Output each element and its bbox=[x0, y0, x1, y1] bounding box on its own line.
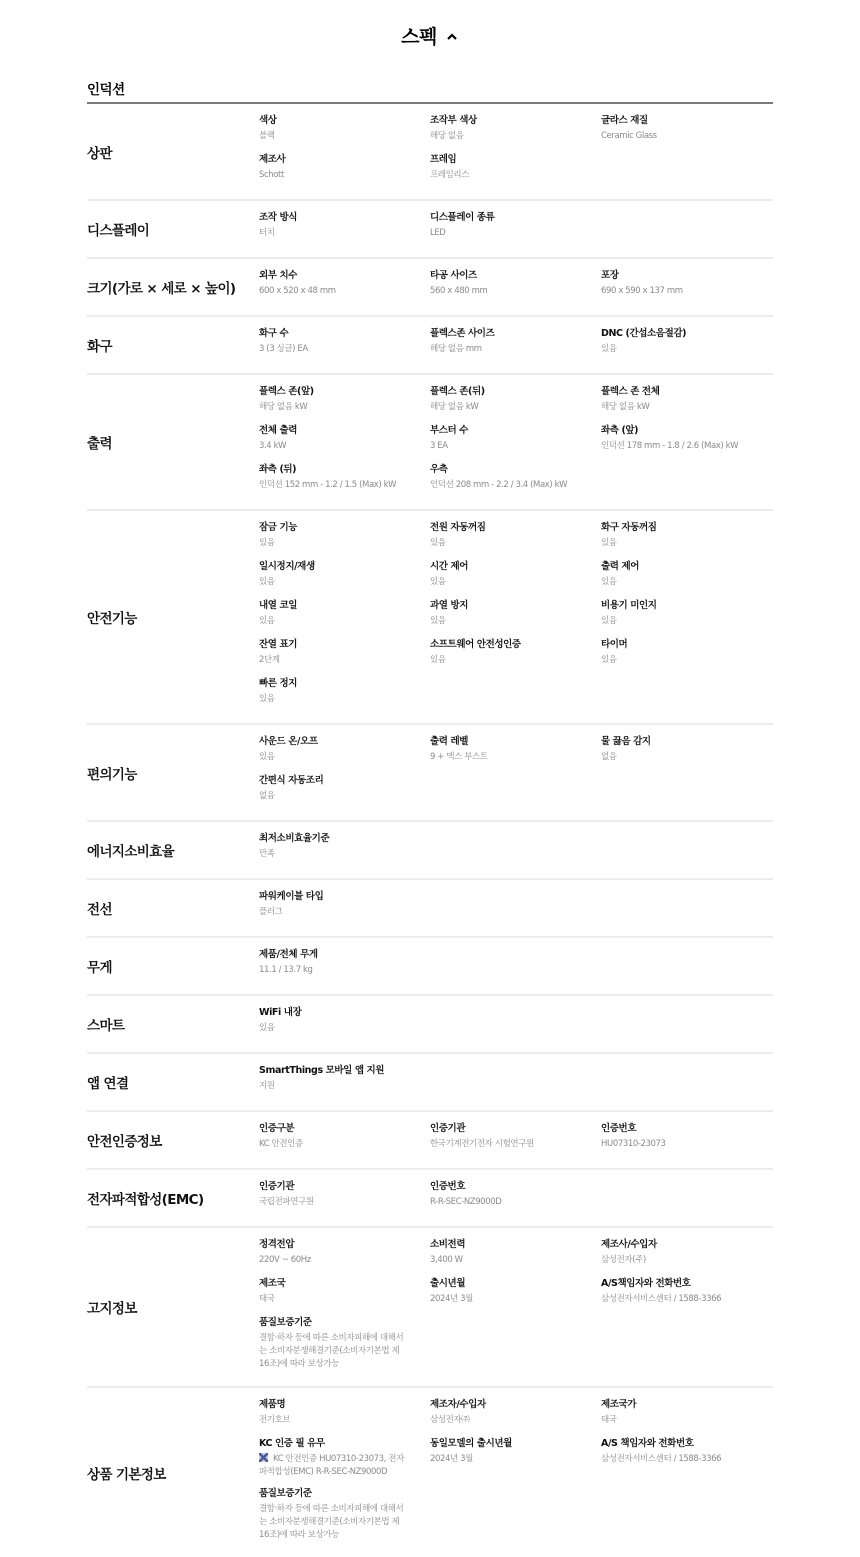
spec-category: 상품 기본정보 bbox=[87, 1388, 259, 1557]
spec-item: 타이머있음 bbox=[601, 638, 773, 677]
spec-label: 플렉스존 사이즈 bbox=[430, 327, 601, 343]
section-title: 인덕션 bbox=[87, 78, 773, 102]
spec-label: 전원 자동꺼짐 bbox=[430, 521, 601, 537]
spec-label: 전체 출력 bbox=[259, 424, 430, 440]
spec-value: KC 안전인증 bbox=[259, 1138, 430, 1151]
spec-label: 빠른 정지 bbox=[259, 677, 430, 693]
spec-item: 출시년월2024년 3월 bbox=[430, 1277, 601, 1316]
spec-row: 전자파적합성(EMC)인증기관국립전파연구원인증번호R-R-SEC-NZ9000… bbox=[87, 1170, 773, 1228]
spec-items: 사운드 온/오프있음출력 레벨9 + 맥스 부스트물 끓음 감지없음간편식 자동… bbox=[259, 725, 773, 820]
spec-value: 없음 bbox=[259, 790, 430, 803]
spec-item: 전원 자동꺼짐있음 bbox=[430, 521, 601, 560]
spec-value: 있음 bbox=[601, 615, 773, 628]
spec-items: 외부 치수600 x 520 x 48 mm타공 사이즈560 x 480 mm… bbox=[259, 259, 773, 315]
spec-value: 있음 bbox=[601, 343, 773, 356]
spec-item: 부스터 수3 EA bbox=[430, 424, 601, 463]
spec-row: 디스플레이조작 방식터치디스플레이 종류LED bbox=[87, 201, 773, 259]
spec-label: 제품명 bbox=[259, 1398, 430, 1414]
spec-value: HU07310-23073 bbox=[601, 1138, 773, 1151]
spec-label: 디스플레이 종류 bbox=[430, 211, 601, 227]
spec-item: 플렉스존 사이즈해당 없음 mm bbox=[430, 327, 601, 366]
spec-label: 제조사 bbox=[259, 153, 430, 169]
spec-item: 품질보증기준결함·하자 등에 따른 소비자피해에 대해서는 소비자분쟁해결기준(… bbox=[259, 1316, 430, 1379]
spec-category: 화구 bbox=[87, 317, 259, 373]
spec-item: 좌측 (앞)인덕션 178 mm - 1.8 / 2.6 (Max) kW bbox=[601, 424, 773, 463]
spec-label: 파워케이블 타입 bbox=[259, 890, 430, 906]
spec-value: 태국 bbox=[601, 1414, 773, 1427]
spec-value-text: KC 안전인증 HU07310-23073, 전자파적합성(EMC) R-R-S… bbox=[259, 1454, 404, 1477]
spec-category: 출력 bbox=[87, 375, 259, 509]
spec-label: 글라스 재질 bbox=[601, 114, 773, 130]
spec-value: 인덕션 178 mm - 1.8 / 2.6 (Max) kW bbox=[601, 440, 773, 453]
spec-label: 최저소비효율기준 bbox=[259, 832, 430, 848]
spec-item: 내열 코일있음 bbox=[259, 599, 430, 638]
spec-items: 파워케이블 타입플러그 bbox=[259, 880, 773, 936]
spec-label: 타이머 bbox=[601, 638, 773, 654]
spec-category: 상판 bbox=[87, 104, 259, 199]
spec-label: A/S 책임자와 전화번호 bbox=[601, 1437, 773, 1453]
spec-value: 해당 없음 kW bbox=[259, 401, 430, 414]
spec-item: 글라스 재질Ceramic Glass bbox=[601, 114, 773, 153]
spec-category: 편의기능 bbox=[87, 725, 259, 820]
spec-label: WiFi 내장 bbox=[259, 1006, 430, 1022]
spec-item: DNC (간섭소음절감)있음 bbox=[601, 327, 773, 366]
spec-label: 플렉스 존(뒤) bbox=[430, 385, 601, 401]
spec-value: 해당 없음 mm bbox=[430, 343, 601, 356]
spec-category: 무게 bbox=[87, 938, 259, 994]
spec-label: 포장 bbox=[601, 269, 773, 285]
spec-category: 디스플레이 bbox=[87, 201, 259, 257]
spec-value: 있음 bbox=[259, 576, 430, 589]
spec-label: 소프트웨어 안전성인증 bbox=[430, 638, 601, 654]
spec-value: 삼성전자서비스센터 / 1588-3366 bbox=[601, 1293, 773, 1306]
spec-value: 국립전파연구원 bbox=[259, 1196, 430, 1209]
spec-label: 인증기관 bbox=[430, 1122, 601, 1138]
spec-label: 우측 bbox=[430, 463, 601, 479]
spec-label: 물 끓음 감지 bbox=[601, 735, 773, 751]
spec-label: 플렉스 존 전체 bbox=[601, 385, 773, 401]
spec-label: 타공 사이즈 bbox=[430, 269, 601, 285]
spec-label: 제조자/수입자 bbox=[430, 1398, 601, 1414]
spec-value: 있음 bbox=[259, 537, 430, 550]
spec-label: 외부 치수 bbox=[259, 269, 430, 285]
spec-value: 있음 bbox=[430, 576, 601, 589]
spec-row: 안전인증정보인증구분KC 안전인증인증기관한국기계전기전자 시험연구원인증번호H… bbox=[87, 1112, 773, 1170]
spec-value: R-R-SEC-NZ9000D bbox=[430, 1196, 601, 1209]
spec-label: 품질보증기준 bbox=[259, 1487, 430, 1503]
spec-row: 출력플렉스 존(앞)해당 없음 kW플렉스 존(뒤)해당 없음 kW플렉스 존 … bbox=[87, 375, 773, 511]
spec-toggle-button[interactable]: 스펙 bbox=[401, 22, 459, 49]
spec-label: 사운드 온/오프 bbox=[259, 735, 430, 751]
spec-value: 없음 bbox=[601, 751, 773, 764]
spec-label: 인증구분 bbox=[259, 1122, 430, 1138]
spec-item: 인증번호HU07310-23073 bbox=[601, 1122, 773, 1161]
spec-item: A/S책임자와 전화번호삼성전자서비스센터 / 1588-3366 bbox=[601, 1277, 773, 1316]
spec-category: 전선 bbox=[87, 880, 259, 936]
spec-label: 출력 레벨 bbox=[430, 735, 601, 751]
kc-mark-icon bbox=[259, 1453, 268, 1462]
spec-label: 시간 제어 bbox=[430, 560, 601, 576]
spec-item: WiFi 내장있음 bbox=[259, 1006, 430, 1045]
chevron-up-icon bbox=[445, 30, 459, 44]
spec-value: Ceramic Glass bbox=[601, 130, 773, 143]
spec-table: 상판색상블랙조작부 색상해당 없음글라스 재질Ceramic Glass제조사S… bbox=[87, 104, 773, 1557]
spec-item: 조작 방식터치 bbox=[259, 211, 430, 250]
spec-items: 인증기관국립전파연구원인증번호R-R-SEC-NZ9000D bbox=[259, 1170, 773, 1226]
spec-label: 좌측 (앞) bbox=[601, 424, 773, 440]
spec-label: 부스터 수 bbox=[430, 424, 601, 440]
spec-value: 인덕션 152 mm - 1.2 / 1.5 (Max) kW bbox=[259, 479, 430, 492]
spec-label: 제조사/수입자 bbox=[601, 1238, 773, 1254]
spec-item: 인증구분KC 안전인증 bbox=[259, 1122, 430, 1161]
spec-items: 제품/전체 무게11.1 / 13.7 kg bbox=[259, 938, 773, 994]
spec-item: 동일모델의 출시년월2024년 3월 bbox=[430, 1437, 601, 1476]
spec-value: 있음 bbox=[259, 1022, 430, 1035]
spec-item: 전체 출력3.4 kW bbox=[259, 424, 430, 463]
spec-category: 안전기능 bbox=[87, 511, 259, 723]
spec-value: 2단계 bbox=[259, 654, 430, 667]
spec-items: 플렉스 존(앞)해당 없음 kW플렉스 존(뒤)해당 없음 kW플렉스 존 전체… bbox=[259, 375, 773, 509]
spec-item: 파워케이블 타입플러그 bbox=[259, 890, 430, 929]
spec-label: 간편식 자동조리 bbox=[259, 774, 430, 790]
spec-item: 타공 사이즈560 x 480 mm bbox=[430, 269, 601, 308]
spec-items: 조작 방식터치디스플레이 종류LED bbox=[259, 201, 773, 257]
spec-value: 690 x 590 x 137 mm bbox=[601, 285, 773, 298]
spec-items: SmartThings 모바일 앱 지원지원 bbox=[259, 1054, 773, 1110]
spec-value: 있음 bbox=[430, 615, 601, 628]
spec-value: 터치 bbox=[259, 227, 430, 240]
spec-label: SmartThings 모바일 앱 지원 bbox=[259, 1064, 430, 1080]
spec-row: 편의기능사운드 온/오프있음출력 레벨9 + 맥스 부스트물 끓음 감지없음간편… bbox=[87, 725, 773, 822]
spec-item: 출력 레벨9 + 맥스 부스트 bbox=[430, 735, 601, 774]
spec-value: 11.1 / 13.7 kg bbox=[259, 964, 430, 977]
spec-label: 소비전력 bbox=[430, 1238, 601, 1254]
spec-item: 조작부 색상해당 없음 bbox=[430, 114, 601, 153]
spec-item: 제조자/수입자삼성전자㈜ bbox=[430, 1398, 601, 1437]
spec-label: 정격전압 bbox=[259, 1238, 430, 1254]
spec-item: 품질보증기준결함·하자 등에 따른 소비자피해에 대해서는 소비자분쟁해결기준(… bbox=[259, 1487, 430, 1550]
spec-items: 화구 수3 (3 싱글) EA플렉스존 사이즈해당 없음 mmDNC (간섭소음… bbox=[259, 317, 773, 373]
spec-item: 플렉스 존 전체해당 없음 kW bbox=[601, 385, 773, 424]
spec-label: 좌측 (뒤) bbox=[259, 463, 430, 479]
spec-row: 고지정보정격전압220V ~ 60Hz소비전력3,400 W제조사/수입자삼성전… bbox=[87, 1228, 773, 1388]
spec-item: 제조사/수입자삼성전자(주) bbox=[601, 1238, 773, 1277]
spec-item: 제조국가태국 bbox=[601, 1398, 773, 1437]
spec-label: 화구 수 bbox=[259, 327, 430, 343]
spec-label: 제조국 bbox=[259, 1277, 430, 1293]
spec-label: 잔열 표기 bbox=[259, 638, 430, 654]
spec-item: 프레임프레임리스 bbox=[430, 153, 601, 192]
spec-category: 고지정보 bbox=[87, 1228, 259, 1386]
spec-item: 우측인덕션 208 mm - 2.2 / 3.4 (Max) kW bbox=[430, 463, 601, 502]
spec-label: A/S책임자와 전화번호 bbox=[601, 1277, 773, 1293]
spec-value: 해당 없음 kW bbox=[430, 401, 601, 414]
spec-row: 크기(가로 × 세로 × 높이)외부 치수600 x 520 x 48 mm타공… bbox=[87, 259, 773, 317]
spec-label: 비용기 미인지 bbox=[601, 599, 773, 615]
spec-value: 삼성전자㈜ bbox=[430, 1414, 601, 1427]
spec-value: 600 x 520 x 48 mm bbox=[259, 285, 430, 298]
spec-value: 결함·하자 등에 따른 소비자피해에 대해서는 소비자분쟁해결기준(소비자기본법… bbox=[259, 1332, 409, 1371]
spec-value: 삼성전자서비스센터 / 1588-3366 bbox=[601, 1453, 773, 1466]
spec-value: 3 EA bbox=[430, 440, 601, 453]
spec-item: 물 끓음 감지없음 bbox=[601, 735, 773, 774]
spec-item: 출력 제어있음 bbox=[601, 560, 773, 599]
spec-item: 과열 방지있음 bbox=[430, 599, 601, 638]
spec-item: 빠른 정지있음 bbox=[259, 677, 430, 716]
spec-value: 560 x 480 mm bbox=[430, 285, 601, 298]
spec-value: 2024년 3월 bbox=[430, 1453, 601, 1466]
spec-label: 출력 제어 bbox=[601, 560, 773, 576]
spec-items: 인증구분KC 안전인증인증기관한국기계전기전자 시험연구원인증번호HU07310… bbox=[259, 1112, 773, 1168]
spec-item: 제조사Schott bbox=[259, 153, 430, 192]
spec-label: 일시정지/재생 bbox=[259, 560, 430, 576]
spec-label: 색상 bbox=[259, 114, 430, 130]
spec-label: 조작 방식 bbox=[259, 211, 430, 227]
spec-value: 3,400 W bbox=[430, 1254, 601, 1267]
spec-item: 최저소비효율기준만족 bbox=[259, 832, 430, 871]
spec-items: 제품명전기호브제조자/수입자삼성전자㈜제조국가태국KC 인증 필 유무KC 안전… bbox=[259, 1388, 773, 1557]
spec-value: 있음 bbox=[430, 537, 601, 550]
spec-label: 제조국가 bbox=[601, 1398, 773, 1414]
spec-label: 출시년월 bbox=[430, 1277, 601, 1293]
spec-item: 소프트웨어 안전성인증있음 bbox=[430, 638, 601, 677]
spec-item: 소비전력3,400 W bbox=[430, 1238, 601, 1277]
spec-value: 해당 없음 kW bbox=[601, 401, 773, 414]
spec-item: 시간 제어있음 bbox=[430, 560, 601, 599]
spec-item: SmartThings 모바일 앱 지원지원 bbox=[259, 1064, 430, 1103]
spec-row: 스마트WiFi 내장있음 bbox=[87, 996, 773, 1054]
spec-item: 외부 치수600 x 520 x 48 mm bbox=[259, 269, 430, 308]
spec-value: 태국 bbox=[259, 1293, 430, 1306]
spec-value: 결함·하자 등에 따른 소비자피해에 대해서는 소비자분쟁해결기준(소비자기본법… bbox=[259, 1503, 409, 1542]
spec-value: 있음 bbox=[259, 751, 430, 764]
spec-row: 앱 연결SmartThings 모바일 앱 지원지원 bbox=[87, 1054, 773, 1112]
spec-item: 잠금 기능있음 bbox=[259, 521, 430, 560]
spec-value: 3 (3 싱글) EA bbox=[259, 343, 430, 356]
spec-value: 인덕션 208 mm - 2.2 / 3.4 (Max) kW bbox=[430, 479, 601, 492]
spec-section-induction: 인덕션 상판색상블랙조작부 색상해당 없음글라스 재질Ceramic Glass… bbox=[87, 78, 773, 1557]
spec-value: 3.4 kW bbox=[259, 440, 430, 453]
spec-item: 정격전압220V ~ 60Hz bbox=[259, 1238, 430, 1277]
spec-label: 과열 방지 bbox=[430, 599, 601, 615]
spec-label: 잠금 기능 bbox=[259, 521, 430, 537]
spec-value: 있음 bbox=[601, 576, 773, 589]
spec-item: 포장690 x 590 x 137 mm bbox=[601, 269, 773, 308]
spec-label: 동일모델의 출시년월 bbox=[430, 1437, 601, 1453]
spec-item: 제품/전체 무게11.1 / 13.7 kg bbox=[259, 948, 430, 987]
spec-label: 인증번호 bbox=[601, 1122, 773, 1138]
spec-item: 디스플레이 종류LED bbox=[430, 211, 601, 250]
spec-item: 비용기 미인지있음 bbox=[601, 599, 773, 638]
spec-value: 있음 bbox=[601, 654, 773, 667]
spec-item: KC 인증 필 유무KC 안전인증 HU07310-23073, 전자파적합성(… bbox=[259, 1437, 430, 1487]
spec-item: 제품명전기호브 bbox=[259, 1398, 430, 1437]
page-title: 스펙 bbox=[401, 22, 437, 49]
spec-value: 만족 bbox=[259, 848, 430, 861]
spec-item: 인증기관국립전파연구원 bbox=[259, 1180, 430, 1219]
spec-row: 에너지소비효율최저소비효율기준만족 bbox=[87, 822, 773, 880]
spec-category: 앱 연결 bbox=[87, 1054, 259, 1110]
spec-label: 화구 자동꺼짐 bbox=[601, 521, 773, 537]
spec-items: WiFi 내장있음 bbox=[259, 996, 773, 1052]
spec-category: 전자파적합성(EMC) bbox=[87, 1170, 259, 1226]
spec-category: 에너지소비효율 bbox=[87, 822, 259, 878]
spec-item: 제조국태국 bbox=[259, 1277, 430, 1316]
spec-row: 무게제품/전체 무게11.1 / 13.7 kg bbox=[87, 938, 773, 996]
spec-value: 한국기계전기전자 시험연구원 bbox=[430, 1138, 601, 1151]
spec-value: 플러그 bbox=[259, 906, 430, 919]
spec-value: KC 안전인증 HU07310-23073, 전자파적합성(EMC) R-R-S… bbox=[259, 1453, 409, 1479]
spec-value: 삼성전자(주) bbox=[601, 1254, 773, 1267]
spec-label: 인증기관 bbox=[259, 1180, 430, 1196]
spec-value: LED bbox=[430, 227, 601, 240]
spec-value: 2024년 3월 bbox=[430, 1293, 601, 1306]
spec-label: 인증번호 bbox=[430, 1180, 601, 1196]
spec-value: Schott bbox=[259, 169, 430, 182]
spec-item: 화구 수3 (3 싱글) EA bbox=[259, 327, 430, 366]
spec-item: 인증번호R-R-SEC-NZ9000D bbox=[430, 1180, 601, 1219]
spec-category: 스마트 bbox=[87, 996, 259, 1052]
spec-label: KC 인증 필 유무 bbox=[259, 1437, 430, 1453]
spec-item: 간편식 자동조리없음 bbox=[259, 774, 430, 813]
spec-row: 전선파워케이블 타입플러그 bbox=[87, 880, 773, 938]
spec-row: 화구화구 수3 (3 싱글) EA플렉스존 사이즈해당 없음 mmDNC (간섭… bbox=[87, 317, 773, 375]
spec-value: 전기호브 bbox=[259, 1414, 430, 1427]
spec-item: 일시정지/재생있음 bbox=[259, 560, 430, 599]
spec-label: DNC (간섭소음절감) bbox=[601, 327, 773, 343]
spec-value: 있음 bbox=[601, 537, 773, 550]
spec-label: 내열 코일 bbox=[259, 599, 430, 615]
spec-value: 프레임리스 bbox=[430, 169, 601, 182]
spec-value: 있음 bbox=[259, 615, 430, 628]
spec-item: 사운드 온/오프있음 bbox=[259, 735, 430, 774]
spec-value: 9 + 맥스 부스트 bbox=[430, 751, 601, 764]
spec-row: 안전기능잠금 기능있음전원 자동꺼짐있음화구 자동꺼짐있음일시정지/재생있음시간… bbox=[87, 511, 773, 725]
spec-item: A/S 책임자와 전화번호삼성전자서비스센터 / 1588-3366 bbox=[601, 1437, 773, 1476]
spec-label: 조작부 색상 bbox=[430, 114, 601, 130]
spec-items: 최저소비효율기준만족 bbox=[259, 822, 773, 878]
spec-category: 크기(가로 × 세로 × 높이) bbox=[87, 259, 259, 315]
spec-items: 정격전압220V ~ 60Hz소비전력3,400 W제조사/수입자삼성전자(주)… bbox=[259, 1228, 773, 1386]
spec-label: 프레임 bbox=[430, 153, 601, 169]
spec-row: 상판색상블랙조작부 색상해당 없음글라스 재질Ceramic Glass제조사S… bbox=[87, 104, 773, 201]
spec-value: 있음 bbox=[259, 693, 430, 706]
spec-item: 좌측 (뒤)인덕션 152 mm - 1.2 / 1.5 (Max) kW bbox=[259, 463, 430, 502]
spec-label: 제품/전체 무게 bbox=[259, 948, 430, 964]
spec-item: 색상블랙 bbox=[259, 114, 430, 153]
spec-value: 지원 bbox=[259, 1080, 430, 1093]
spec-items: 잠금 기능있음전원 자동꺼짐있음화구 자동꺼짐있음일시정지/재생있음시간 제어있… bbox=[259, 511, 773, 723]
spec-value: 블랙 bbox=[259, 130, 430, 143]
spec-category: 안전인증정보 bbox=[87, 1112, 259, 1168]
spec-item: 화구 자동꺼짐있음 bbox=[601, 521, 773, 560]
spec-item: 플렉스 존(뒤)해당 없음 kW bbox=[430, 385, 601, 424]
spec-item: 인증기관한국기계전기전자 시험연구원 bbox=[430, 1122, 601, 1161]
spec-label: 플렉스 존(앞) bbox=[259, 385, 430, 401]
spec-item: 플렉스 존(앞)해당 없음 kW bbox=[259, 385, 430, 424]
spec-item: 잔열 표기2단계 bbox=[259, 638, 430, 677]
spec-value: 있음 bbox=[430, 654, 601, 667]
spec-row: 상품 기본정보제품명전기호브제조자/수입자삼성전자㈜제조국가태국KC 인증 필 … bbox=[87, 1388, 773, 1557]
spec-value: 해당 없음 bbox=[430, 130, 601, 143]
spec-label: 품질보증기준 bbox=[259, 1316, 430, 1332]
spec-value: 220V ~ 60Hz bbox=[259, 1254, 430, 1267]
spec-items: 색상블랙조작부 색상해당 없음글라스 재질Ceramic Glass제조사Sch… bbox=[259, 104, 773, 199]
